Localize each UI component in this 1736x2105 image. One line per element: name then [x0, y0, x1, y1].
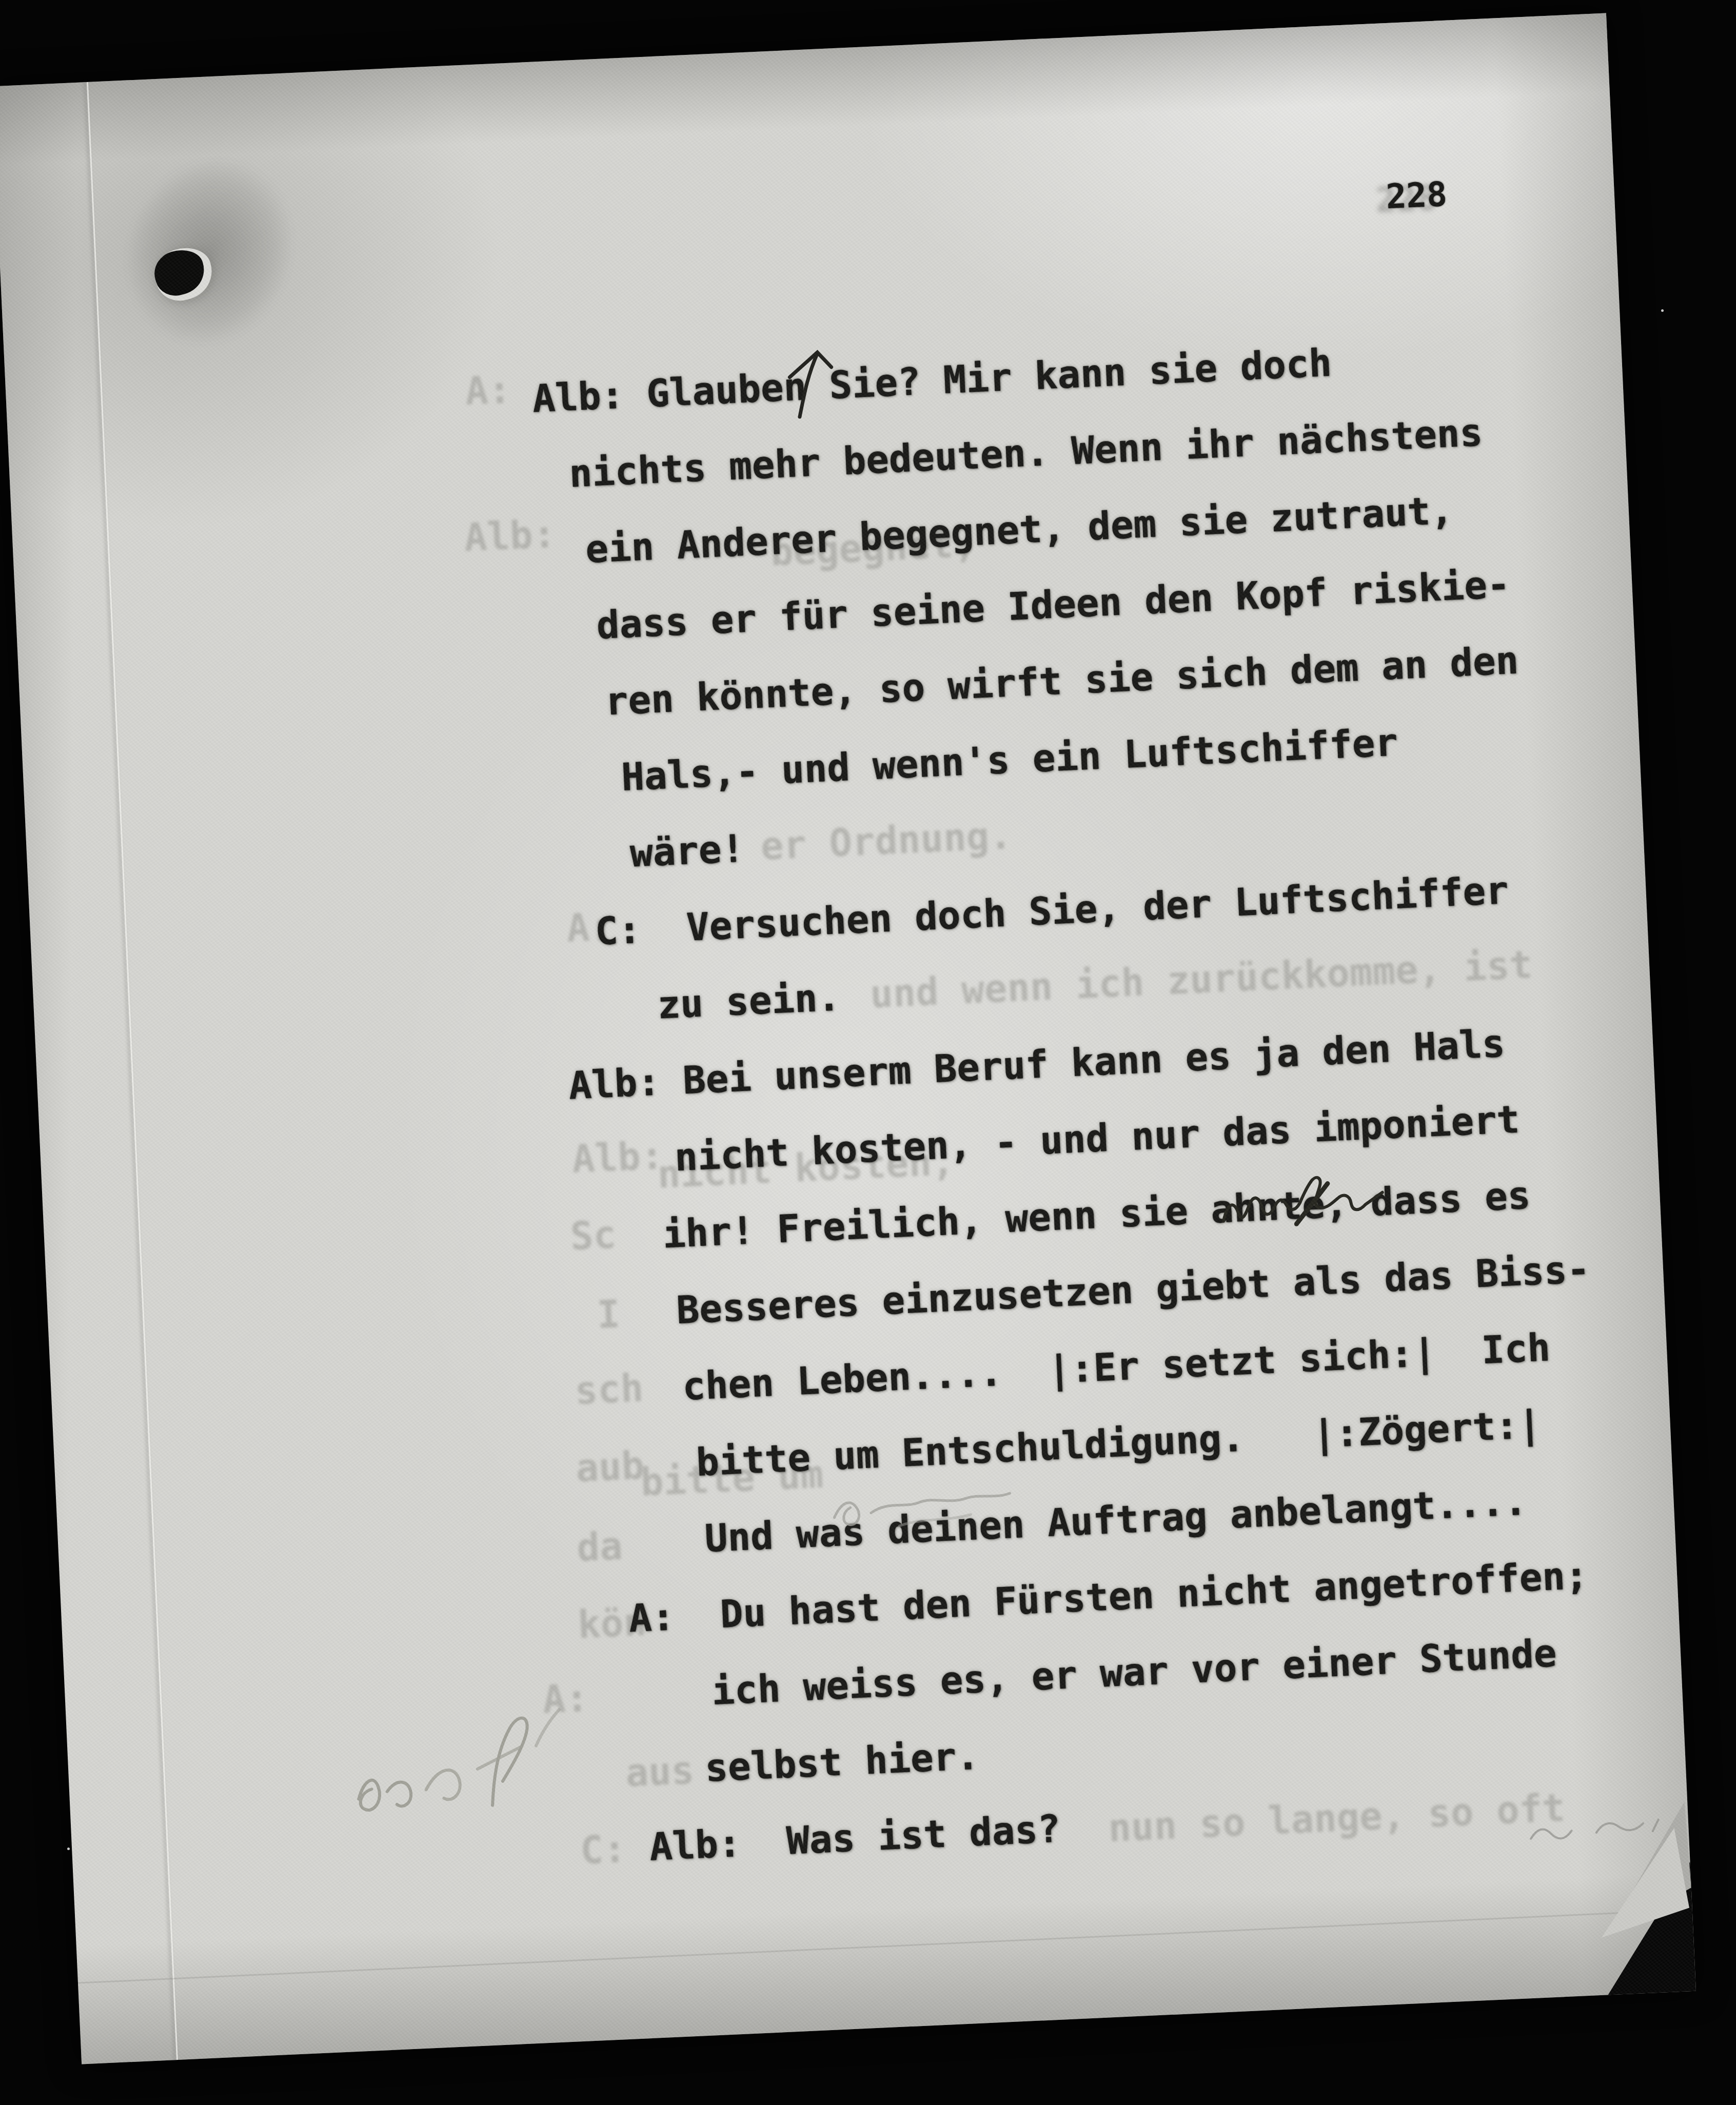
- scanner-background: 228 A:Alb:begegnet,er Ordnung.A:und wenn…: [0, 0, 1736, 2105]
- dust-speck: [1661, 309, 1664, 312]
- ink-word-above-ahnte: [1217, 1170, 1394, 1237]
- dust-speck: [67, 1848, 70, 1850]
- dog-ear-folded-corner: [1396, 1704, 1696, 2004]
- typescript-page: 228 A:Alb:begegnet,er Ordnung.A:und wenn…: [0, 13, 1696, 2064]
- pencil-scribble-above-und-was: [820, 1472, 1038, 1545]
- pencil-scribble-left-margin: [345, 1682, 582, 1846]
- ink-caret-above-bedeuten: [779, 343, 844, 423]
- corner-cutaway: [1396, 1704, 1696, 2004]
